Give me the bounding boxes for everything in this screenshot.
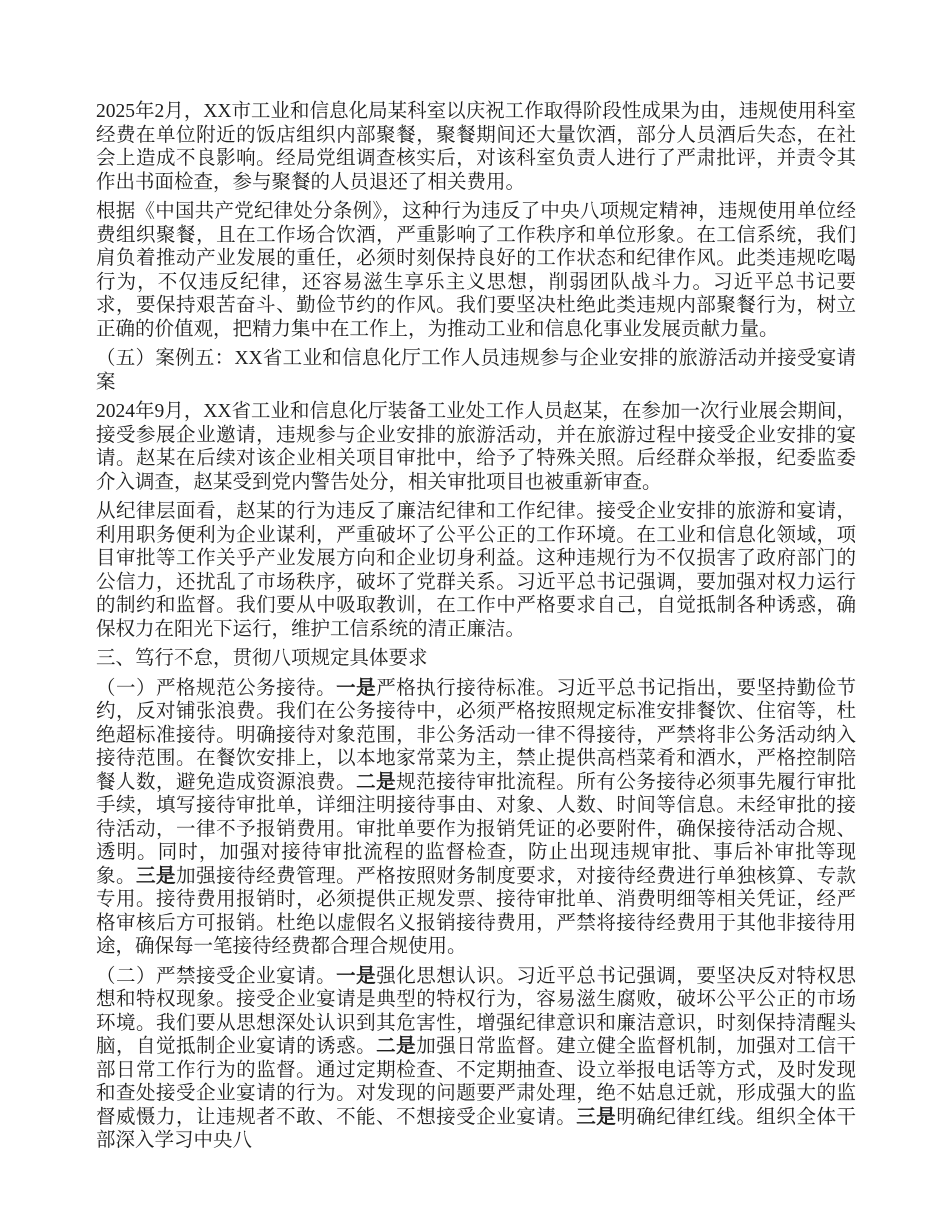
paragraph-case5-facts: 2024年9月，XX省工业和信息化厅装备工业处工作人员赵某，在参加一次行业展会期… bbox=[96, 400, 856, 494]
bold-marker-third: 三是 bbox=[136, 866, 176, 887]
paragraph-case4-facts: 2025年2月，XX市工业和信息化局某科室以庆祝工作取得阶段性成果为由，违规使用… bbox=[96, 100, 856, 194]
bold-marker-second: 二是 bbox=[356, 772, 396, 793]
heading-section3: 三、笃行不怠，贯彻八项规定具体要求 bbox=[96, 647, 856, 671]
paragraph-banquet-rules: （二）严禁接受企业宴请。一是强化思想认识。习近平总书记强调，要坚决反对特权思想和… bbox=[96, 965, 856, 1153]
text-run: 根据《中国共产党纪律处分条例》，这种行为违反了中央八项规定精神，违规使用单位经费… bbox=[96, 201, 856, 340]
bold-marker-third: 三是 bbox=[576, 1107, 616, 1128]
bold-marker-first: 一是 bbox=[336, 678, 376, 699]
text-run: 从纪律层面看，赵某的行为违反了廉洁纪律和工作纪律。接受企业安排的旅游和宴请，利用… bbox=[96, 501, 856, 640]
paragraph-hospitality-rules: （一）严格规范公务接待。一是严格执行接待标准。习近平总书记指出，要坚持勤俭节约，… bbox=[96, 677, 856, 959]
bold-marker-second: 二是 bbox=[376, 1036, 416, 1057]
text-run: 2024年9月，XX省工业和信息化厅装备工业处工作人员赵某，在参加一次行业展会期… bbox=[96, 401, 856, 493]
text-run: 2025年2月，XX市工业和信息化局某科室以庆祝工作取得阶段性成果为由，违规使用… bbox=[96, 101, 856, 193]
text-run: （五）案例五：XX省工业和信息化厅工作人员违规参与企业安排的旅游活动并接受宴请案 bbox=[96, 348, 856, 393]
text-run: （二）严禁接受企业宴请。 bbox=[96, 966, 336, 987]
bold-marker-first: 一是 bbox=[336, 966, 376, 987]
paragraph-case5-analysis: 从纪律层面看，赵某的行为违反了廉洁纪律和工作纪律。接受企业安排的旅游和宴请，利用… bbox=[96, 500, 856, 641]
text-run: （一）严格规范公务接待。 bbox=[96, 678, 336, 699]
heading-case5: （五）案例五：XX省工业和信息化厅工作人员违规参与企业安排的旅游活动并接受宴请案 bbox=[96, 347, 856, 394]
text-run: 三、笃行不怠，贯彻八项规定具体要求 bbox=[96, 648, 428, 669]
text-run: 加强接待经费管理。严格按照财务制度要求，对接待经费进行单独核算、专款专用。接待费… bbox=[96, 866, 856, 958]
paragraph-case4-analysis: 根据《中国共产党纪律处分条例》，这种行为违反了中央八项规定精神，违规使用单位经费… bbox=[96, 200, 856, 341]
document-page: 2025年2月，XX市工业和信息化局某科室以庆祝工作取得阶段性成果为由，违规使用… bbox=[96, 100, 856, 1159]
